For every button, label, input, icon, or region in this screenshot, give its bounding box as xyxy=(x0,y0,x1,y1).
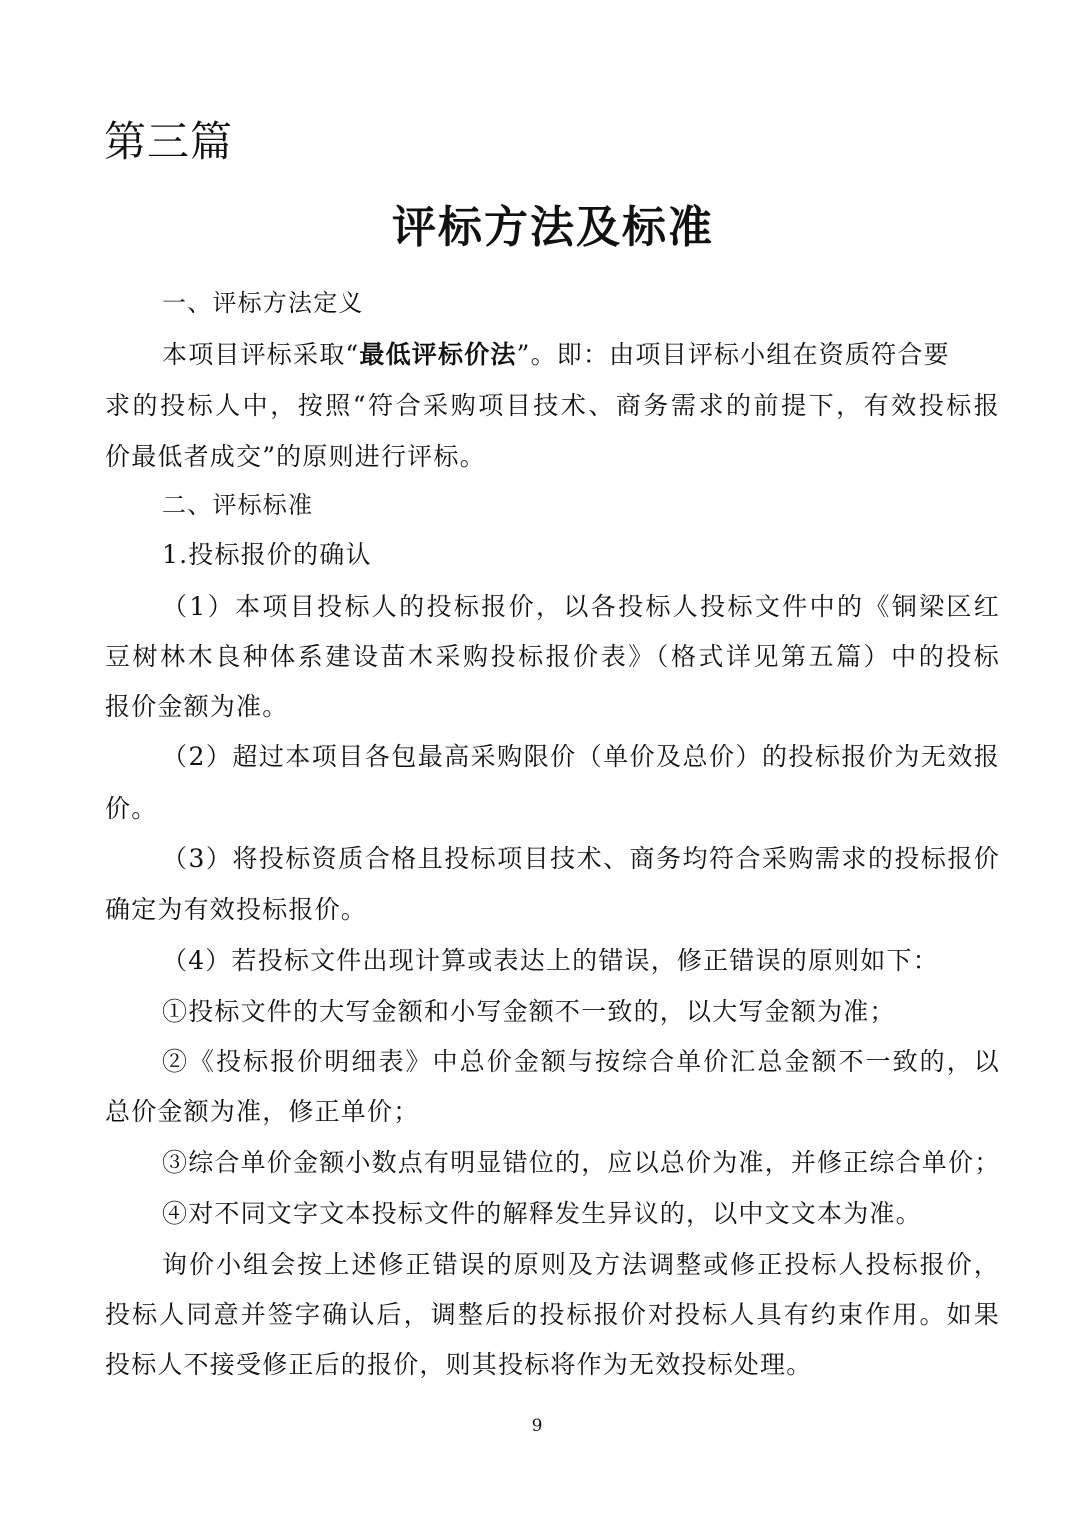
item-3-line: （3）将投标资质合格且投标项目技术、商务均符合采购需求的投标报价 xyxy=(162,842,1000,876)
document-page: 第三篇 评标方法及标准 一、评标方法定义 本项目评标采取“最低评标价法”。即：由… xyxy=(0,0,1074,1520)
item-2-line: 价。 xyxy=(105,792,1000,826)
rule-2-line: ②《投标报价明细表》中总价金额与按综合单价汇总金额不一致的，以 xyxy=(162,1045,1000,1079)
item-1-line: 豆树林木良种体系建设苗木采购投标报价表》（格式详见第五篇）中的投标 xyxy=(105,640,1000,674)
rule-4-line: ④对不同文字文本投标文件的解释发生异议的，以中文文本为准。 xyxy=(162,1197,1057,1231)
rule-3-line: ③综合单价金额小数点有明显错位的，应以总价为准，并修正综合单价； xyxy=(162,1146,1000,1180)
closing-paragraph-line: 投标人不接受修正后的报价，则其投标将作为无效投标处理。 xyxy=(105,1348,1000,1382)
item-1-line: （1）本项目投标人的投标报价，以各投标人投标文件中的《铜梁区红 xyxy=(162,590,1000,624)
method-name-bold: 最低评标价法 xyxy=(359,340,516,369)
page-number: 9 xyxy=(0,1416,1074,1436)
item-2-line: （2）超过本项目各包最高采购限价（单价及总价）的投标报价为无效报 xyxy=(162,740,1000,774)
section-heading-1: 一、评标方法定义 xyxy=(162,286,1057,320)
closing-paragraph-line: 询价小组会按上述修正错误的原则及方法调整或修正投标人投标报价， xyxy=(162,1248,1000,1282)
part-label: 第三篇 xyxy=(104,112,233,172)
paragraph-line: 求的投标人中，按照“符合采购项目技术、商务需求的前提下，有效投标报 xyxy=(105,389,1000,423)
item-1-line: 报价金额为准。 xyxy=(105,690,1000,724)
page-title: 评标方法及标准 xyxy=(0,196,1074,260)
item-4-line: （4）若投标文件出现计算或表达上的错误，修正错误的原则如下： xyxy=(162,944,1057,978)
item-3-line: 确定为有效投标报价。 xyxy=(105,893,1000,927)
closing-paragraph-line: 投标人同意并签字确认后，调整后的投标报价对投标人具有约束作用。如果 xyxy=(105,1298,1000,1332)
rule-2-line: 总价金额为准，修正单价； xyxy=(105,1095,1000,1129)
section-heading-2: 二、评标标准 xyxy=(162,488,1057,522)
paragraph-line: 本项目评标采取“最低评标价法”。即：由项目评标小组在资质符合要 xyxy=(162,338,1000,372)
rule-1-line: ①投标文件的大写金额和小写金额不一致的，以大写金额为准； xyxy=(162,995,1057,1029)
text-run: ”。即：由项目评标小组在资质符合要 xyxy=(517,340,950,369)
text-run: 本项目评标采取“ xyxy=(162,340,359,369)
paragraph-line: 价最低者成交”的原则进行评标。 xyxy=(105,440,1000,474)
subsection-heading: 1.投标报价的确认 xyxy=(162,538,1057,572)
